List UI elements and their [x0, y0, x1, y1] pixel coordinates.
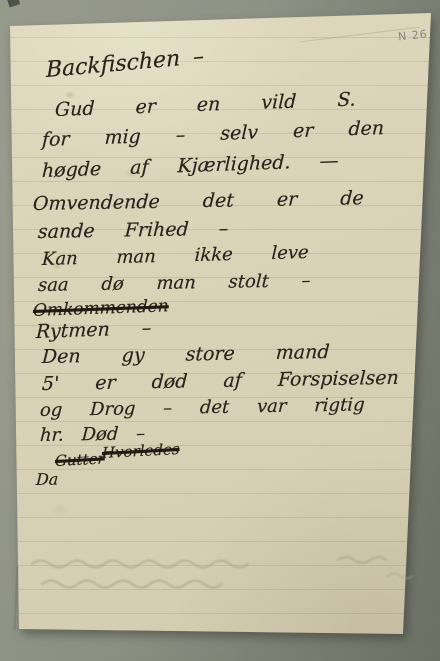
handwritten-line: Rytmen – [36, 317, 152, 343]
handwritten-line: sande Frihed – [37, 218, 228, 243]
verso-bleedthrough-writing [20, 546, 420, 608]
handwritten-word-struck: Gutter [55, 449, 105, 470]
manuscript-photo: N 26 Backfischen – Gud er en vild S. for… [0, 0, 440, 661]
handwritten-line: Da [36, 470, 59, 489]
